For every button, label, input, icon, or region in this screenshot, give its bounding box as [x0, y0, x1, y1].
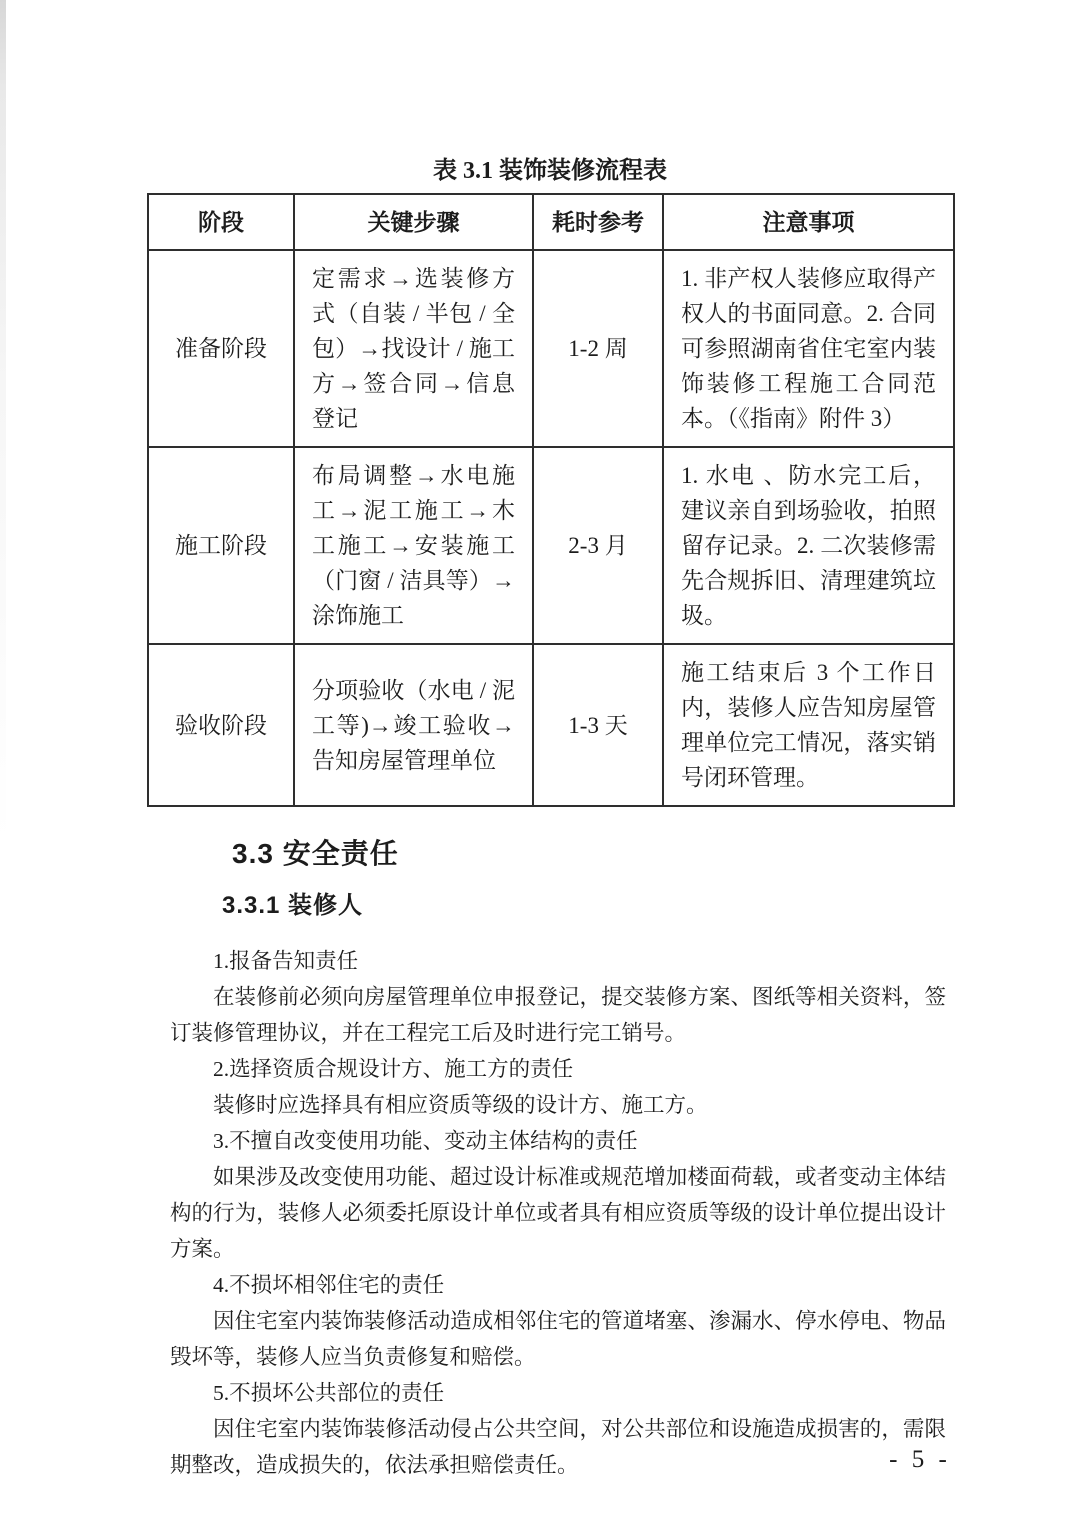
body-text: 1.报备告知责任 在装修前必须向房屋管理单位申报登记，提交装修方案、图纸等相关资…: [170, 943, 946, 1483]
duty-4-title: 4.不损坏相邻住宅的责任: [170, 1267, 946, 1303]
column-header-stage: 阶段: [148, 194, 294, 250]
steps-cell: 布局调整→水电施工→泥工施工→木工施工→安装施工（门窗 / 洁具等）→涂饰施工: [294, 447, 533, 644]
table-header-row: 阶段 关键步骤 耗时参考 注意事项: [148, 194, 954, 250]
stage-cell: 准备阶段: [148, 250, 294, 447]
duty-4-text: 因住宅室内装饰装修活动造成相邻住宅的管道堵塞、渗漏水、停水停电、物品毁坏等，装修…: [170, 1303, 946, 1375]
page-number: - 5 -: [820, 1446, 1020, 1474]
table-row-construction: 施工阶段 布局调整→水电施工→泥工施工→木工施工→安装施工（门窗 / 洁具等）→…: [148, 447, 954, 644]
stage-cell: 施工阶段: [148, 447, 294, 644]
duty-1-text: 在装修前必须向房屋管理单位申报登记，提交装修方案、图纸等相关资料，签订装修管理协…: [170, 979, 946, 1051]
stage-cell: 验收阶段: [148, 644, 294, 806]
document-page: 表 3.1 装饰装修流程表 阶段 关键步骤 耗时参考 注意事项 准备阶段 定需求…: [0, 0, 1080, 1536]
duty-2-text: 装修时应选择具有相应资质等级的设计方、施工方。: [170, 1087, 946, 1123]
table-caption: 表 3.1 装饰装修流程表: [147, 156, 953, 186]
duty-1-title: 1.报备告知责任: [170, 943, 946, 979]
section-content: 3.3 安全责任 3.3.1 装修人 1.报备告知责任 在装修前必须向房屋管理单…: [170, 837, 946, 1483]
notes-cell: 施工结束后 3 个工作日内，装修人应告知房屋管理单位完工情况，落实销号闭环管理。: [663, 644, 954, 806]
column-header-duration: 耗时参考: [533, 194, 663, 250]
duty-3-title: 3.不擅自改变使用功能、变动主体结构的责任: [170, 1123, 946, 1159]
heading-renovator: 3.3.1 装修人: [222, 891, 946, 921]
steps-cell: 分项验收（水电 / 泥工等)→竣工验收→告知房屋管理单位: [294, 644, 533, 806]
duty-2-title: 2.选择资质合规设计方、施工方的责任: [170, 1051, 946, 1087]
duty-3-text: 如果涉及改变使用功能、超过设计标准或规范增加楼面荷载，或者变动主体结构的行为，装…: [170, 1159, 946, 1267]
scan-edge-shadow: [0, 0, 6, 1536]
duration-cell: 1-3 天: [533, 644, 663, 806]
notes-cell: 1. 非产权人装修应取得产权人的书面同意。2. 合同可参照湖南省住宅室内装饰装修…: [663, 250, 954, 447]
duty-5-title: 5.不损坏公共部位的责任: [170, 1375, 946, 1411]
table-row-acceptance: 验收阶段 分项验收（水电 / 泥工等)→竣工验收→告知房屋管理单位 1-3 天 …: [148, 644, 954, 806]
duration-cell: 2-3 月: [533, 447, 663, 644]
heading-safety-responsibility: 3.3 安全责任: [232, 837, 946, 871]
duration-cell: 1-2 周: [533, 250, 663, 447]
notes-cell: 1. 水电 、防水完工后，建议亲自到场验收，拍照留存记录。2. 二次装修需先合规…: [663, 447, 954, 644]
table-row-preparation: 准备阶段 定需求→选装修方式（自装 / 半包 / 全包）→找设计 / 施工方→签…: [148, 250, 954, 447]
column-header-key-steps: 关键步骤: [294, 194, 533, 250]
column-header-notes: 注意事项: [663, 194, 954, 250]
renovation-process-table: 阶段 关键步骤 耗时参考 注意事项 准备阶段 定需求→选装修方式（自装 / 半包…: [147, 193, 955, 807]
steps-cell: 定需求→选装修方式（自装 / 半包 / 全包）→找设计 / 施工方→签合同→信息…: [294, 250, 533, 447]
